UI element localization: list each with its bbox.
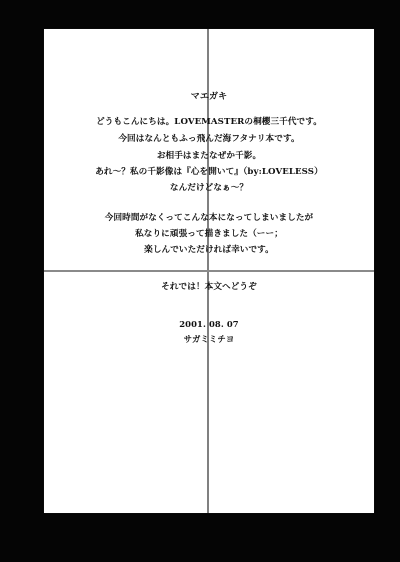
- greeting-line-4: あれ～？私の千影像は『心を開いて』（by:LOVELESS）: [44, 167, 374, 178]
- page-title: マエガキ: [44, 92, 374, 103]
- greeting-line-2: 今回はなんともふっ飛んだ海フタナリ本です。: [44, 134, 374, 145]
- greeting-line-1: どうもこんにちは。LOVEMASTERの桐櫻三千代です。: [44, 117, 374, 128]
- document-page: マエガキ どうもこんにちは。LOVEMASTERの桐櫻三千代です。 今回はなんと…: [44, 29, 374, 513]
- closing-line-3: 楽しんでいただければ幸いです。: [44, 245, 374, 256]
- greeting-line-3: お相手はまたなぜか千影。: [44, 151, 374, 162]
- date-text: 2001. 08. 07: [44, 319, 374, 330]
- horizontal-fold-line: [44, 270, 374, 272]
- closing-line-1: 今回時間がなくってこんな本になってしまいましたが: [44, 213, 374, 224]
- invite-line: それでは！本文へどうぞ: [44, 282, 374, 293]
- author-name: サガミミチヨ: [44, 334, 374, 345]
- closing-line-2: 私なりに頑張って描きました（ーー；: [44, 229, 374, 240]
- greeting-line-5: なんだけどなぁ～？: [44, 183, 374, 194]
